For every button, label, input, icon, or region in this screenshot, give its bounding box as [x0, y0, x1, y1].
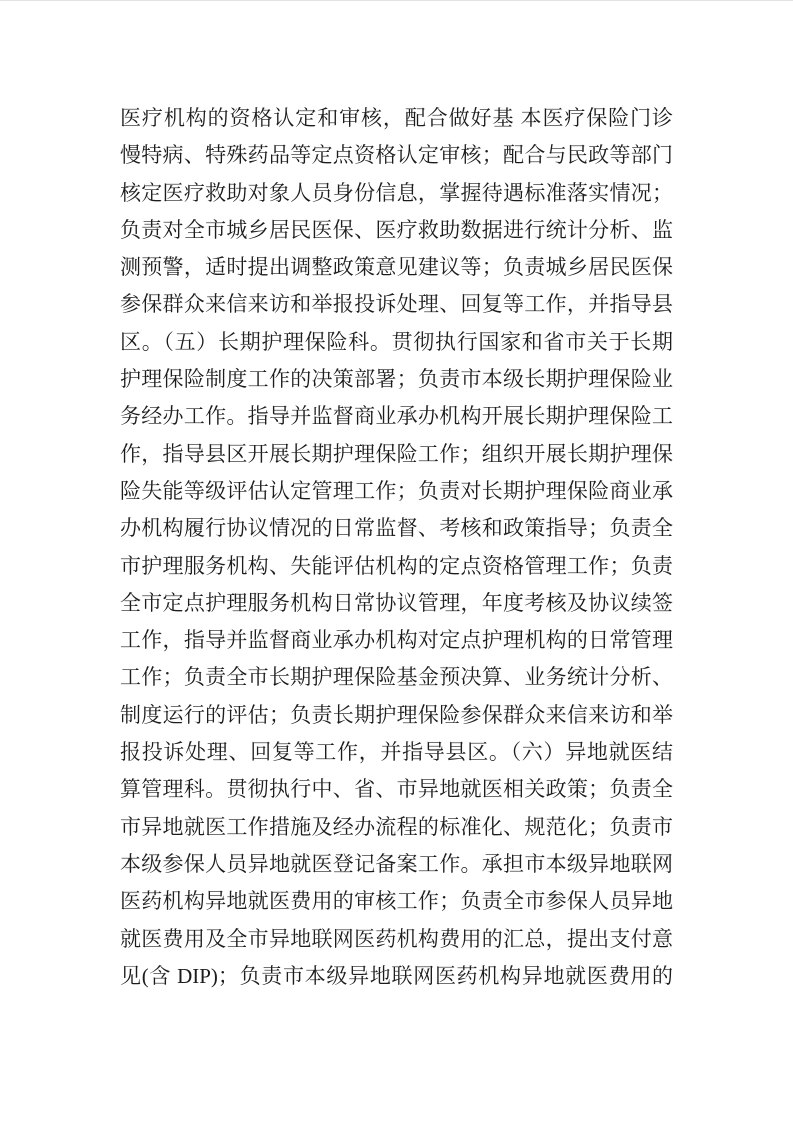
text-line: 工作；负责全市长期护理保险基金预决算、业务统计分析、	[120, 659, 673, 696]
text-line: 区。（五）长期护理保险科。贯彻执行国家和省市关于长期	[120, 324, 673, 361]
text-line: 慢特病、特殊药品等定点资格认定审核；配合与民政等部门	[120, 137, 673, 174]
text-line: 市护理服务机构、失能评估机构的定点资格管理工作；负责	[120, 548, 673, 585]
document-page: 医疗机构的资格认定和审核，配合做好基 本医疗保险门诊 慢特病、特殊药品等定点资格…	[0, 0, 793, 1122]
text-line: 参保群众来信来访和举报投诉处理、回复等工作，并指导县	[120, 286, 673, 323]
text-line: 办机构履行协议情况的日常监督、考核和政策指导；负责全	[120, 510, 673, 547]
text-line: 护理保险制度工作的决策部署；负责市本级长期护理保险业	[120, 361, 673, 398]
text-line: 作，指导县区开展长期护理保险工作；组织开展长期护理保	[120, 436, 673, 473]
text-line: 就医费用及全市异地联网医药机构费用的汇总，提出支付意	[120, 921, 673, 958]
text-line: 务经办工作。指导并监督商业承办机构开展长期护理保险工	[120, 398, 673, 435]
text-line: 全市定点护理服务机构日常协议管理，年度考核及协议续签	[120, 585, 673, 622]
text-line: 制度运行的评估；负责长期护理保险参保群众来信来访和举	[120, 697, 673, 734]
text-line: 市异地就医工作措施及经办流程的标准化、规范化；负责市	[120, 809, 673, 846]
text-line: 核定医疗救助对象人员身份信息，掌握待遇标准落实情况；	[120, 175, 673, 212]
body-text-block: 医疗机构的资格认定和审核，配合做好基 本医疗保险门诊 慢特病、特殊药品等定点资格…	[120, 100, 673, 995]
text-line: 算管理科。贯彻执行中、省、市异地就医相关政策；负责全	[120, 771, 673, 808]
text-line: 测预警，适时提出调整政策意见建议等；负责城乡居民医保	[120, 249, 673, 286]
text-line: 本级参保人员异地就医登记备案工作。承担市本级异地联网	[120, 846, 673, 883]
text-line: 医药机构异地就医费用的审核工作；负责全市参保人员异地	[120, 883, 673, 920]
text-line: 医疗机构的资格认定和审核，配合做好基 本医疗保险门诊	[120, 100, 673, 137]
text-line: 工作，指导并监督商业承办机构对定点护理机构的日常管理	[120, 622, 673, 659]
text-line: 负责对全市城乡居民医保、医疗救助数据进行统计分析、监	[120, 212, 673, 249]
text-line: 险失能等级评估认定管理工作；负责对长期护理保险商业承	[120, 473, 673, 510]
text-line: 见(含 DIP)；负责市本级异地联网医药机构异地就医费用的	[120, 958, 673, 995]
text-line: 报投诉处理、回复等工作，并指导县区。（六）异地就医结	[120, 734, 673, 771]
